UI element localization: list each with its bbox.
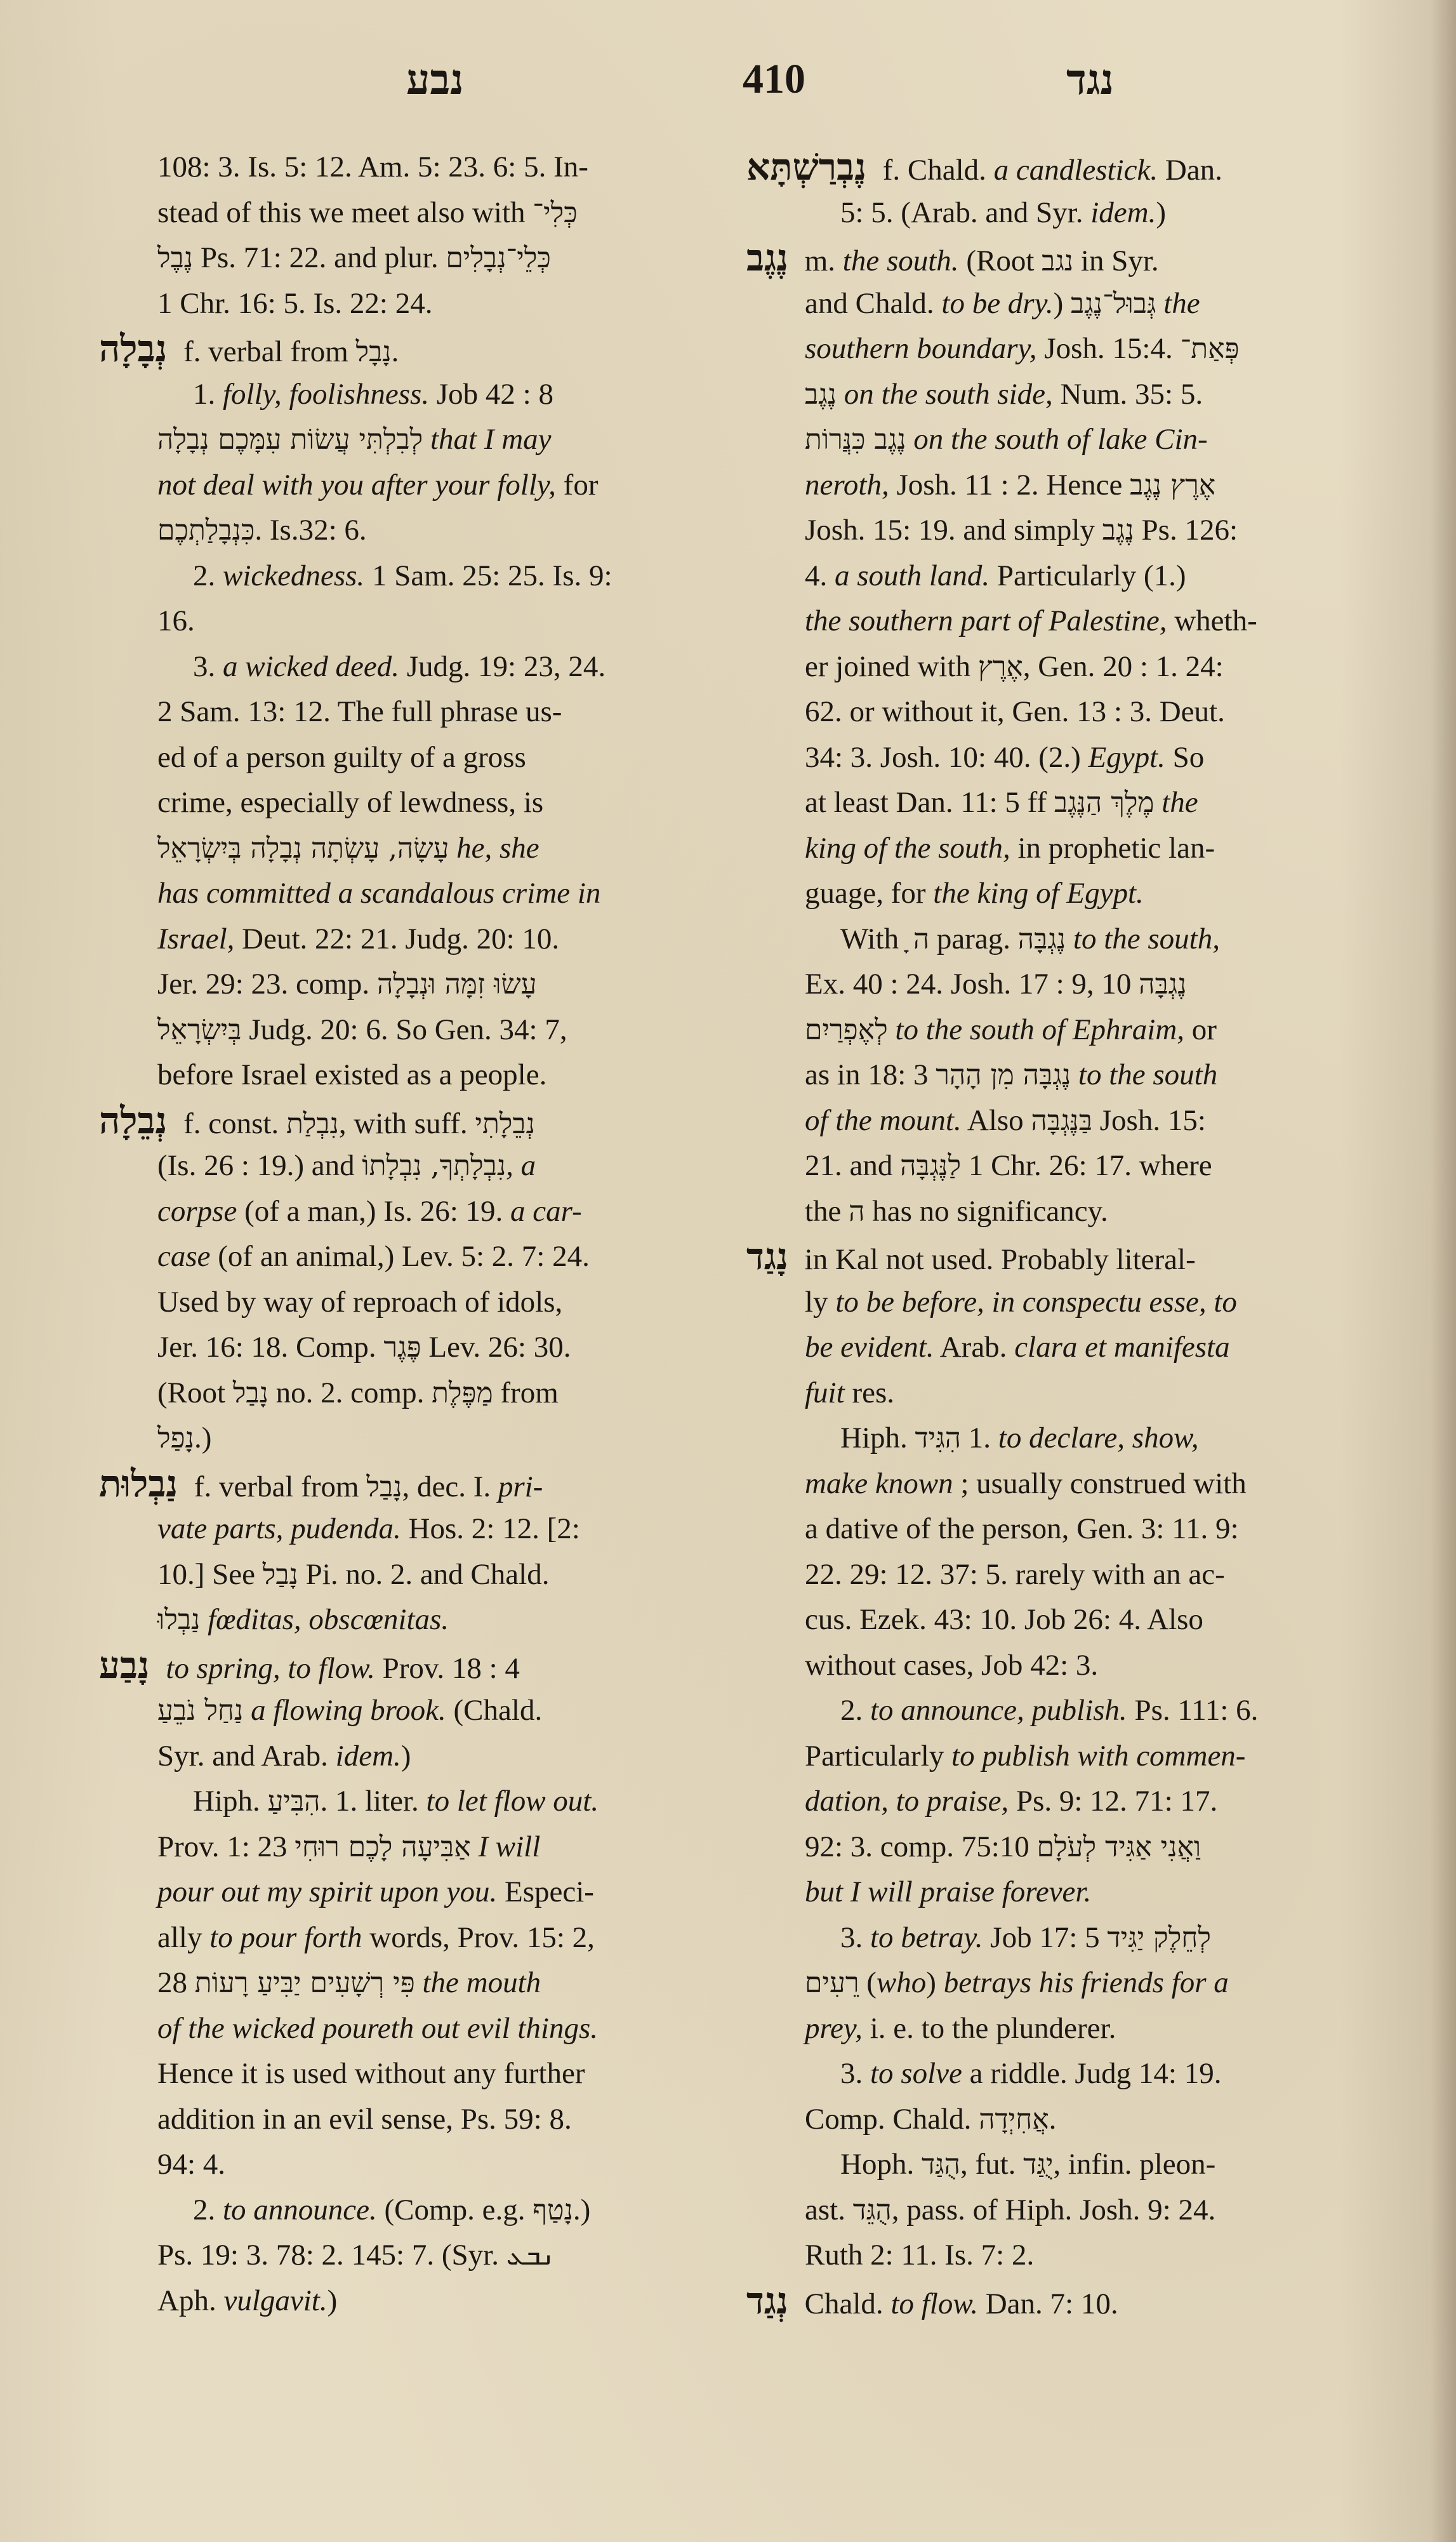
hebrew-text: נֶגֶב — [805, 378, 837, 411]
italic-gloss: to the south — [1071, 1058, 1217, 1091]
text-line: Jer. 16: 18. Comp. פֶּגֶר Lev. 26: 30. — [157, 1325, 774, 1371]
body-text: parag. — [929, 922, 1018, 955]
italic-gloss: corpse — [157, 1195, 237, 1228]
hebrew-text: עָשָׂה, עָשְׂתָה נְבָלָה בְּיִשְׂרָאֵל — [157, 832, 449, 865]
body-text: . Is.32: 6. — [255, 514, 366, 547]
hebrew-text: לְבִלְתִּי עֲשׂוֹת עִמָּכֶם נְבָלָה — [157, 423, 423, 456]
text-line: Used by way of reproach of idols, — [157, 1280, 774, 1326]
italic-gloss: Israel, — [157, 922, 234, 955]
body-text: Num. 35: 5. — [1053, 378, 1203, 411]
body-text: , dec. I. — [402, 1470, 498, 1503]
body-text: addition in an evil sense, Ps. 59: 8. — [157, 2103, 572, 2136]
hebrew-text: רֵעִים — [805, 1967, 859, 1999]
body-text: Deut. 22: 21. Judg. 20: 10. — [234, 922, 559, 955]
text-line: 2. to announce, publish. Ps. 111: 6. — [805, 1688, 1447, 1734]
italic-gloss: idem. — [336, 1740, 401, 1773]
italic-gloss: of the wicked poureth out evil things. — [157, 2012, 598, 2045]
hebrew-text: פֶּגֶר — [383, 1331, 421, 1364]
italic-gloss: to publish with commen- — [951, 1740, 1245, 1773]
text-line: נֶבֶל Ps. 71: 22. and plur. כְּלֵי־נְבָל… — [157, 236, 774, 281]
text-line: fuit res. — [805, 1371, 1447, 1416]
right-column: נֶבְרַשְׁתָּא f. Chald. a candlestick. D… — [805, 145, 1447, 2324]
hebrew-text: נַחַל נֹבֵעַ — [157, 1694, 243, 1727]
body-text: 2. — [840, 1694, 870, 1727]
italic-gloss: fœditas, obscœnitas. — [200, 1603, 449, 1636]
body-text: cus. Ezek. 43: 10. Job 26: 4. Also — [805, 1603, 1203, 1636]
text-line: addition in an evil sense, Ps. 59: 8. — [157, 2097, 774, 2143]
italic-gloss: to spring, to flow. — [159, 1652, 375, 1685]
body-text: Judg. 19: 23, 24. — [399, 650, 606, 683]
text-line: corpse (of a man,) Is. 26: 19. a car- — [157, 1189, 774, 1235]
body-text: Hiph. — [193, 1785, 268, 1818]
italic-gloss: pour out my spirit upon you. — [157, 1875, 497, 1908]
body-text: ed of a person guilty of a gross — [157, 741, 526, 774]
body-text: (of a man,) Is. 26: 19. — [237, 1195, 510, 1228]
text-line: Syr. and Arab. idem.) — [157, 1734, 774, 1780]
headword: נָבַע — [99, 1643, 150, 1689]
italic-gloss: but I will praise forever. — [805, 1875, 1091, 1908]
text-line: as in 18: 3 נֶגְבָּה מִן הָהָר to the so… — [805, 1053, 1447, 1098]
body-text: f. verbal from — [187, 1470, 366, 1503]
body-text: Chald. — [797, 2287, 891, 2320]
italic-gloss: to flow. — [890, 2287, 978, 2320]
body-text: res. — [845, 1376, 894, 1409]
hebrew-text: נַבְלוּ — [157, 1604, 200, 1636]
text-line: נֶגֶב כִּנֲּרוֹת on the south of lake Ci… — [805, 417, 1447, 463]
text-line: 92: 3. comp. 75:10 וַאֲנִי אַגִּיד לְעֹל… — [805, 1825, 1447, 1870]
body-text: for — [556, 469, 599, 502]
text-line: Prov. 1: 23 אַבִּיעָה לָכֶם רוּחִי I wil… — [157, 1825, 774, 1870]
text-line: 22. 29: 12. 37: 5. rarely with an ac- — [805, 1552, 1447, 1598]
hebrew-text: אֲחִיְדָה — [979, 2103, 1049, 2136]
text-line: ly to be before, in conspectu esse, to — [805, 1280, 1447, 1326]
body-text: Prov. 18 : 4 — [375, 1652, 520, 1685]
italic-gloss: case — [157, 1240, 211, 1273]
text-line: of the mount. Also בַּנֶּגְבָּה Josh. 15… — [805, 1098, 1447, 1144]
italic-gloss: a flowing brook. — [243, 1694, 446, 1727]
italic-gloss: on the south of lake Cin- — [906, 423, 1208, 456]
hebrew-text: ה ָ — [906, 923, 929, 955]
italic-gloss: be evident. — [805, 1331, 934, 1364]
entry-headword-line: נָבַע to spring, to flow. Prov. 18 : 4 — [99, 1643, 774, 1689]
body-text: Arab. — [934, 1331, 1015, 1364]
italic-gloss: clara et manifesta — [1014, 1331, 1229, 1364]
text-line: but I will praise forever. — [805, 1870, 1447, 1915]
text-line: Ruth 2: 11. Is. 7: 2. — [805, 2233, 1447, 2279]
text-line: 10.] See נָבַל Pi. no. 2. and Chald. — [157, 1552, 774, 1598]
hebrew-text: נגב — [1042, 245, 1073, 277]
italic-gloss: to be dry. — [941, 287, 1053, 320]
italic-gloss: to announce. — [223, 2193, 377, 2226]
body-text: .) — [194, 1421, 211, 1454]
body-text: . — [392, 335, 399, 368]
body-text: as in 18: 3 — [805, 1058, 936, 1091]
body-text: , Gen. 20 : 1. 24: — [1023, 650, 1224, 683]
body-text: Ex. 40 : 24. Josh. 17 : 9, 10 — [805, 968, 1139, 1001]
hebrew-text: נֶגֶב כִּנֲּרוֹת — [805, 423, 906, 456]
body-text: Hiph. — [840, 1421, 915, 1454]
body-text: no. 2. comp. — [268, 1376, 432, 1409]
hebrew-text: נָבַל — [366, 1471, 402, 1503]
entry-headword-line: נְבָלָה f. verbal from נָבָל. — [99, 326, 774, 372]
text-line: Hoph. הֻגַּד, fut. יֻגַּד, infin. pleon- — [805, 2142, 1447, 2188]
hebrew-text: נֶבֶל — [157, 242, 193, 274]
body-text: Jer. 29: 23. comp. — [157, 968, 377, 1001]
italic-gloss: , a — [506, 1149, 536, 1182]
body-text: , fut. — [960, 2148, 1023, 2181]
italic-gloss: the — [1156, 287, 1200, 320]
body-text: Josh. 15: 19. and simply — [805, 514, 1102, 547]
body-text: 16. — [157, 604, 195, 637]
body-text: 34: 3. Josh. 10: 40. (2.) — [805, 741, 1089, 774]
hebrew-text: הֻגַּד — [922, 2148, 960, 2181]
italic-gloss: the king of Egypt. — [933, 877, 1144, 910]
headword: נְגַד — [746, 2279, 788, 2324]
text-line: Jer. 29: 23. comp. עָשׂוּ זִמָּה וּנְבָל… — [157, 962, 774, 1008]
hebrew-text: אַבִּיעָה לָכֶם רוּחִי — [295, 1831, 470, 1863]
body-text: Prov. 1: 23 — [157, 1830, 295, 1863]
text-line: stead of this we meet also with כְּלִי־ — [157, 190, 774, 236]
text-line: crime, especially of lewdness, is — [157, 780, 774, 826]
body-text: ) — [1156, 196, 1166, 229]
headword: נָגַד — [746, 1234, 788, 1280]
hebrew-text: אֶרֶץ — [978, 651, 1023, 683]
body-text: Hence it is used without any further — [157, 2057, 585, 2090]
italic-gloss: to solve — [870, 2057, 962, 2090]
text-line: at least Dan. 11: 5 ff מֶלֶךְ הַנֶּגֶב t… — [805, 780, 1447, 826]
italic-gloss: idem. — [1090, 196, 1156, 229]
body-text: Particularly — [805, 1740, 951, 1773]
italic-gloss: dation, to praise, — [805, 1785, 1009, 1818]
text-line: prey, i. e. to the plunderer. — [805, 2006, 1447, 2052]
body-text: 1 Chr. 16: 5. Is. 22: 24. — [157, 287, 432, 320]
italic-gloss: prey, — [805, 2012, 863, 2045]
body-text: Josh. 15: — [1092, 1104, 1206, 1137]
body-text: With — [840, 922, 906, 955]
headword: נְבֵלָה — [99, 1098, 167, 1144]
hebrew-text: נֶגֶב — [1102, 514, 1134, 547]
body-text: m. — [797, 244, 843, 277]
hebrew-text: בְּיִשְׂרָאֵל — [157, 1014, 242, 1046]
text-line: make known ; usually construed with — [805, 1461, 1447, 1507]
text-line: 2. wickedness. 1 Sam. 25: 25. Is. 9: — [157, 554, 774, 599]
text-line: נַבְלוּ fœditas, obscœnitas. — [157, 1597, 774, 1643]
hebrew-text: כְּלֵי־נְבָלִים — [446, 242, 551, 274]
italic-gloss: king of the south, — [805, 832, 1010, 865]
text-line: Hiph. הִבִּיעַ. 1. liter. to let flow ou… — [157, 1779, 774, 1825]
text-line: 1. folly, foolishness. Job 42 : 8 — [157, 372, 774, 418]
body-text: 3. — [840, 2057, 870, 2090]
text-line: Ps. 19: 3. 78: 2. 145: 7. (Syr. ܢܒܥ — [157, 2233, 774, 2279]
headword: נְבָלָה — [99, 326, 167, 372]
text-line: 21. and לַנֶּגְבָּה 1 Chr. 26: 17. where — [805, 1143, 1447, 1189]
italic-gloss: vulgavit. — [223, 2284, 327, 2317]
syriac-text: ܢܒܥ — [506, 2239, 555, 2272]
italic-gloss: the — [1154, 786, 1198, 819]
body-text: ly — [805, 1286, 835, 1319]
body-text: ( — [859, 1966, 877, 1999]
text-line: (Root נָבַל no. 2. comp. מַפֶּלֶת from — [157, 1371, 774, 1416]
body-text: 92: 3. comp. 75:10 — [805, 1830, 1037, 1863]
hebrew-text: הִבִּיעַ — [268, 1785, 321, 1818]
italic-gloss: betrays his friends for a — [944, 1966, 1229, 1999]
body-text: 2 Sam. 13: 12. The full phrase us- — [157, 695, 562, 728]
hebrew-text: נָבַל — [233, 1377, 268, 1409]
entry-headword-line: נְגַד Chald. to flow. Dan. 7: 10. — [746, 2279, 1447, 2324]
body-text: Used by way of reproach of idols, — [157, 1286, 562, 1319]
dictionary-page: נבע 410 נגד 108: 3. Is. 5: 12. Am. 5: 23… — [0, 0, 1456, 2542]
entry-headword-line: נֶבְרַשְׁתָּא f. Chald. a candlestick. D… — [746, 145, 1447, 190]
text-line: נָפַל.) — [157, 1416, 774, 1461]
entry-headword-line: נְבֵלָה f. const. נִבְלַת, with suff. נְ… — [99, 1098, 774, 1144]
body-text: Judg. 20: 6. So Gen. 34: 7, — [242, 1013, 567, 1046]
text-line: לְאֶפְרַיִם to the south of Ephraim, or — [805, 1008, 1447, 1053]
text-line: 34: 3. Josh. 10: 40. (2.) Egypt. So — [805, 735, 1447, 781]
italic-gloss: vate parts, pudenda. — [157, 1512, 401, 1545]
text-line: Ex. 40 : 24. Josh. 17 : 9, 10 נֶגְבָּה — [805, 962, 1447, 1008]
body-text: has no significancy. — [864, 1195, 1108, 1228]
hebrew-text: נֶגְבָּה — [1018, 923, 1066, 955]
text-line: Comp. Chald. אֲחִיְדָה. — [805, 2097, 1447, 2143]
text-line: נַחַל נֹבֵעַ a flowing brook. (Chald. — [157, 1688, 774, 1734]
page-number: 410 — [743, 51, 805, 108]
text-line: and Chald. to be dry.) גְּבוּל־נֶגֶב the — [805, 281, 1447, 327]
body-text: Job 17: 5 — [983, 1921, 1108, 1954]
body-text: Hoph. — [840, 2148, 922, 2181]
italic-gloss: fuit — [805, 1376, 845, 1409]
hebrew-text: נִבְלַת — [286, 1108, 339, 1140]
italic-gloss: the southern part of Palestine, — [805, 604, 1167, 637]
text-line: בְּיִשְׂרָאֵל Judg. 20: 6. So Gen. 34: 7… — [157, 1008, 774, 1053]
body-text: 2. — [193, 2193, 223, 2226]
body-text: . — [1049, 2103, 1057, 2136]
body-text: in prophetic lan- — [1010, 832, 1215, 865]
text-line: case (of an animal,) Lev. 5: 2. 7: 24. — [157, 1234, 774, 1280]
body-text: .) — [573, 2193, 590, 2226]
hebrew-text: לְחֵלֶק יַגִּיד — [1107, 1922, 1211, 1954]
text-line: 62. or without it, Gen. 13 : 3. Deut. — [805, 689, 1447, 735]
text-line: has committed a scandalous crime in — [157, 871, 774, 917]
text-line: ally to pour forth words, Prov. 15: 2, — [157, 1915, 774, 1961]
body-text: the — [805, 1195, 849, 1228]
italic-gloss: to announce, publish. — [870, 1694, 1127, 1727]
body-text: Particularly (1.) — [989, 559, 1186, 592]
text-line: 94: 4. — [157, 2142, 774, 2188]
italic-gloss: on the south side, — [837, 378, 1053, 411]
text-line: 2 Sam. 13: 12. The full phrase us- — [157, 689, 774, 735]
text-line: 28 פִּי רְשָׁעִים יַבִּיעַ רָעוֹת the mo… — [157, 1960, 774, 2006]
italic-gloss: Egypt. — [1089, 741, 1165, 774]
hebrew-text: אֶרֶץ נֶגֶב — [1130, 469, 1215, 502]
body-text: Ps. 9: 12. 71: 17. — [1009, 1785, 1217, 1818]
hebrew-text: גְּבוּל־נֶגֶב — [1071, 288, 1156, 320]
italic-gloss: southern boundary, — [805, 332, 1037, 365]
body-text: 10.] See — [157, 1558, 263, 1591]
text-line: Israel, Deut. 22: 21. Judg. 20: 10. — [157, 917, 774, 962]
body-text: and Chald. — [805, 287, 941, 320]
italic-gloss: to declare, show, — [998, 1421, 1199, 1454]
body-text: (Root — [157, 1376, 233, 1409]
text-line: עָשָׂה, עָשְׂתָה נְבָלָה בְּיִשְׂרָאֵל h… — [157, 826, 774, 872]
text-line: dation, to praise, Ps. 9: 12. 71: 17. — [805, 1779, 1447, 1825]
text-line: ed of a person guilty of a gross — [157, 735, 774, 781]
body-text: Josh. 15:4. — [1037, 332, 1181, 365]
text-line: (Is. 26 : 19.) and נִבְלָתְךָ, נִבְלָתוֹ… — [157, 1143, 774, 1189]
body-text: from — [493, 1376, 559, 1409]
text-line: רֵעִים (who) betrays his friends for a — [805, 1960, 1447, 2006]
text-line: לְבִלְתִּי עֲשׂוֹת עִמָּכֶם נְבָלָה that… — [157, 417, 774, 463]
text-line: Aph. vulgavit.) — [157, 2279, 774, 2324]
body-text: 1 Sam. 25: 25. Is. 9: — [364, 559, 612, 592]
body-text: Ruth 2: 11. Is. 7: 2. — [805, 2239, 1034, 2272]
text-line: Particularly to publish with commen- — [805, 1734, 1447, 1780]
italic-gloss: that I may — [423, 423, 551, 456]
italic-gloss: neroth, — [805, 469, 889, 502]
body-text: (Comp. e.g. — [377, 2193, 533, 2226]
body-text: i. e. to the plunderer. — [863, 2012, 1116, 2045]
text-line: 108: 3. Is. 5: 12. Am. 5: 23. 6: 5. In- — [157, 145, 774, 190]
text-line: 2. to announce. (Comp. e.g. נָטַף.) — [157, 2188, 774, 2233]
body-text: without cases, Job 42: 3. — [805, 1649, 1098, 1682]
headword: נַבְלוּת — [99, 1461, 178, 1507]
body-text: Lev. 26: 30. — [421, 1331, 571, 1364]
text-line: 3. to betray. Job 17: 5 לְחֵלֶק יַגִּיד — [805, 1915, 1447, 1961]
hebrew-text: נֶגְבָּה — [1139, 968, 1186, 1001]
body-text: ally — [157, 1921, 209, 1954]
body-text: ) — [926, 1966, 943, 1999]
body-text: (Is. 26 : 19.) and — [157, 1149, 362, 1182]
text-line: נֶגֶב on the south side, Num. 35: 5. — [805, 372, 1447, 418]
italic-gloss: I will — [471, 1830, 541, 1863]
body-text: 62. or without it, Gen. 13 : 3. Deut. — [805, 695, 1225, 728]
body-text: Pi. no. 2. and Chald. — [298, 1558, 550, 1591]
body-text: or — [1184, 1013, 1217, 1046]
italic-gloss: to betray. — [870, 1921, 983, 1954]
body-text: in Syr. — [1073, 244, 1159, 277]
text-line: 3. to solve a riddle. Judg 14: 19. — [805, 2051, 1447, 2097]
hebrew-text: לְאֶפְרַיִם — [805, 1014, 888, 1046]
italic-gloss: make known — [805, 1467, 953, 1500]
body-text: wheth- — [1167, 604, 1257, 637]
body-text: 3. — [840, 1921, 870, 1954]
hebrew-text: הִגִּיד — [915, 1422, 962, 1454]
text-line: the southern part of Palestine, wheth- — [805, 599, 1447, 644]
body-text: 1. — [961, 1421, 998, 1454]
headword: נֶגֶב — [746, 236, 788, 281]
italic-gloss: the mouth — [415, 1966, 541, 1999]
italic-gloss: he, she — [449, 832, 539, 865]
text-line: pour out my spirit upon you. Especi- — [157, 1870, 774, 1915]
text-line: 5: 5. (Arab. and Syr. idem.) — [805, 190, 1447, 236]
body-text: 22. 29: 12. 37: 5. rarely with an ac- — [805, 1558, 1225, 1591]
hebrew-text: נְבֵלָתִי — [475, 1108, 534, 1140]
body-text: (Chald. — [446, 1694, 542, 1727]
body-text: 1. — [193, 378, 223, 411]
italic-gloss: a car- — [510, 1195, 582, 1228]
text-line: ast. הֻגֵּד, pass. of Hiph. Josh. 9: 24. — [805, 2188, 1447, 2233]
text-line: vate parts, pudenda. Hos. 2: 12. [2: — [157, 1507, 774, 1552]
italic-gloss: pri- — [498, 1470, 543, 1503]
hebrew-text: פְּאַת־ — [1180, 333, 1239, 365]
text-line: 1 Chr. 16: 5. Is. 22: 24. — [157, 281, 774, 327]
entry-headword-line: נַבְלוּת f. verbal from נָבַל, dec. I. p… — [99, 1461, 774, 1507]
hebrew-text: לַנֶּגְבָּה — [900, 1150, 961, 1182]
page-edge-shadow — [1431, 0, 1456, 2542]
hebrew-text: ה — [849, 1195, 864, 1228]
hebrew-text: נָטַף — [533, 2194, 573, 2226]
body-text: f. const. — [176, 1107, 286, 1140]
italic-gloss: to the south of Ephraim, — [888, 1013, 1184, 1046]
text-line: With ה ָ parag. נֶגְבָּה to the south, — [805, 917, 1447, 962]
italic-gloss: wickedness. — [223, 559, 364, 592]
body-text: 94: 4. — [157, 2148, 225, 2181]
body-text: words, Prov. 15: 2, — [362, 1921, 595, 1954]
hebrew-text: עָשׂוּ זִמָּה וּנְבָלָה — [377, 968, 537, 1001]
hebrew-text: פִּי רְשָׁעִים יַבִּיעַ רָעוֹת — [195, 1967, 415, 1999]
body-text: ) — [401, 1740, 411, 1773]
body-text: Dan. — [1158, 154, 1222, 187]
hebrew-text: נָבַל — [263, 1559, 298, 1591]
body-text: . 1. liter. — [320, 1785, 426, 1818]
text-line: of the wicked poureth out evil things. — [157, 2006, 774, 2052]
body-text: Hos. 2: 12. [2: — [401, 1512, 580, 1545]
text-line: Hence it is used without any further — [157, 2051, 774, 2097]
text-line: without cases, Job 42: 3. — [805, 1643, 1447, 1689]
body-text: Job 42 : 8 — [429, 378, 553, 411]
body-text: 5: 5. (Arab. and Syr. — [840, 196, 1090, 229]
text-line: southern boundary, Josh. 15:4. פְּאַת־ — [805, 326, 1447, 372]
italic-gloss: not deal with you after your folly, — [157, 469, 556, 502]
body-text: ; usually construed with — [953, 1467, 1247, 1500]
body-text: f. verbal from — [176, 335, 355, 368]
body-text: , infin. pleon- — [1053, 2148, 1215, 2181]
text-line: before Israel existed as a people. — [157, 1053, 774, 1098]
text-line: cus. Ezek. 43: 10. Job 26: 4. Also — [805, 1597, 1447, 1643]
body-text: 21. and — [805, 1149, 900, 1182]
body-text: Syr. and Arab. — [157, 1740, 336, 1773]
body-text: Aph. — [157, 2284, 223, 2317]
text-line: 4. a south land. Particularly (1.) — [805, 554, 1447, 599]
body-text: 3. — [193, 650, 223, 683]
text-line: 16. — [157, 599, 774, 644]
text-line: Josh. 15: 19. and simply נֶגֶב Ps. 126: — [805, 508, 1447, 554]
body-text: before Israel existed as a people. — [157, 1058, 546, 1091]
italic-gloss: to the south, — [1066, 922, 1220, 955]
body-text: Josh. 11 : 2. Hence — [889, 469, 1130, 502]
right-catchword: נגד — [1066, 51, 1114, 108]
text-line: king of the south, in prophetic lan- — [805, 826, 1447, 872]
body-text: 1 Chr. 26: 17. where — [961, 1149, 1212, 1182]
text-line: כִּנְבָלַתְכֶם. Is.32: 6. — [157, 508, 774, 554]
text-line: the ה has no significancy. — [805, 1189, 1447, 1235]
hebrew-text: נֶגְבָּה מִן הָהָר — [936, 1059, 1071, 1091]
body-text: ) — [1054, 287, 1071, 320]
entry-headword-line: נָגַד in Kal not used. Probably literal- — [746, 1234, 1447, 1280]
body-text: Ps. 111: 6. — [1127, 1694, 1259, 1727]
italic-gloss: to pour forth — [209, 1921, 362, 1954]
text-line: a dative of the person, Gen. 3: 11. 9: — [805, 1507, 1447, 1552]
body-text: , pass. of Hiph. Josh. 9: 24. — [892, 2193, 1215, 2226]
body-text: Ps. 126: — [1134, 514, 1238, 547]
hebrew-text: מֶלֶךְ הַנֶּגֶב — [1054, 787, 1155, 819]
hebrew-text: נִבְלָתְךָ, נִבְלָתוֹ — [362, 1150, 506, 1182]
hebrew-text: וַאֲנִי אַגִּיד לְעֹלָם — [1037, 1831, 1201, 1863]
body-text: So — [1165, 741, 1204, 774]
body-text: a riddle. Judg 14: 19. — [962, 2057, 1222, 2090]
hebrew-text: בַּנֶּגְבָּה — [1031, 1105, 1092, 1137]
body-text: at least Dan. 11: 5 ff — [805, 786, 1054, 819]
body-text: crime, especially of lewdness, is — [157, 786, 543, 819]
